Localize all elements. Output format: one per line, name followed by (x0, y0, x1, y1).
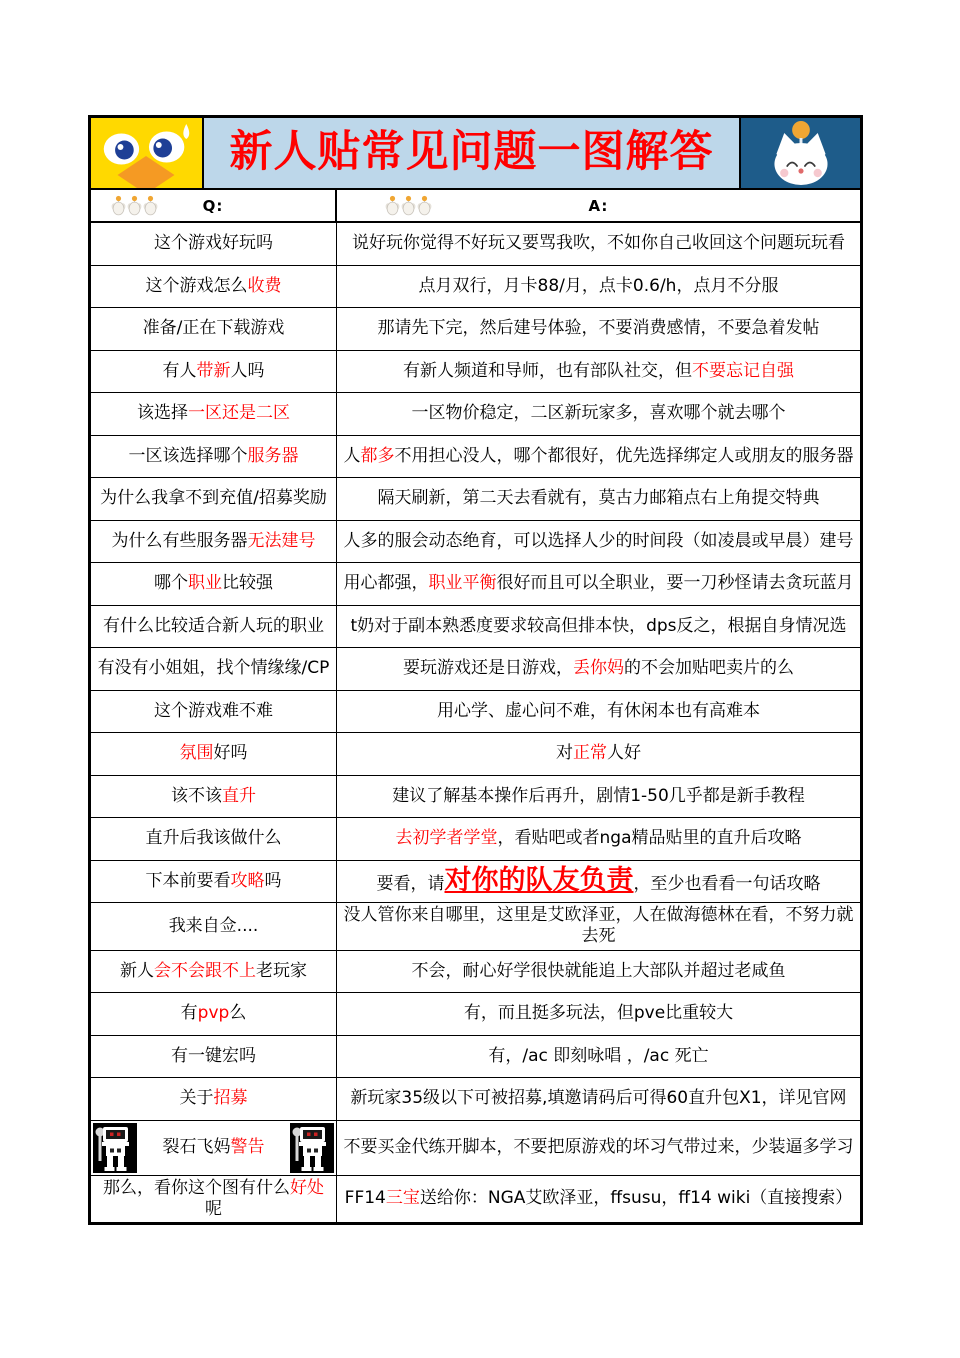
question-cell: 有没有小姐姐，找个情缘缘/CP (91, 648, 337, 690)
faq-row: 这个游戏怎么收费点月双行，月卡88/月，点卡0.6/h，点月不分服 (91, 266, 860, 309)
text: 有新人频道和导师，也有部队社交，但 (403, 361, 692, 381)
text: 人 (344, 446, 361, 466)
text: 送给你：NGA艾欧泽亚，ffsusu，ff14 wiki（直接搜索） (420, 1188, 852, 1208)
highlight-text: 无法建号 (248, 531, 316, 551)
text: 那么，看你这个图有什么 (103, 1178, 290, 1198)
question-cell: 直升后我该做什么 (91, 818, 337, 860)
moogle-icon (739, 118, 860, 188)
answer-cell: t奶对于副本熟悉度要求较高但排本快，dps反之，根据自身情况选 (337, 606, 860, 648)
highlight-text: 直升 (222, 786, 256, 806)
text: 人多的服会动态绝育，可以选择人少的时间段（如凌晨或早晨）建号 (344, 531, 854, 551)
question-cell: 这个游戏怎么收费 (91, 266, 337, 308)
highlight-text: 攻略 (231, 871, 265, 891)
answer-cell: 人多的服会动态绝育，可以选择人少的时间段（如凌晨或早晨）建号 (337, 521, 860, 563)
question-cell: 新人会不会跟不上老玩家 (91, 951, 337, 993)
text: 人吗 (231, 361, 265, 381)
faq-row: 氛围好吗对正常人好 (91, 733, 860, 776)
faq-row: 有人带新人吗有新人频道和导师，也有部队社交，但不要忘记自强 (91, 351, 860, 394)
answer-cell: 要玩游戏还是日游戏，丢你妈的不会加贴吧卖片的么 (337, 648, 860, 690)
q-header-cell: Q: (91, 190, 337, 221)
answer-cell: 人都多不用担心没人，哪个都很好，优先选择绑定人或朋友的服务器 (337, 436, 860, 478)
text: 为什么有些服务器 (112, 531, 248, 551)
highlight-text: 正常 (573, 743, 607, 763)
highlight-text: 三宝 (386, 1188, 420, 1208)
faq-row: 我来自佥....没人管你来自哪里，这里是艾欧泽亚，人在做海德林在看，不努力就去死 (91, 903, 860, 951)
highlight-text: 职业 (188, 573, 222, 593)
answer-text: 用心都强，职业平衡很好而且可以全职业，要一刀秒怪请去贪玩蓝月 (344, 573, 854, 594)
answer-text: 点月双行，月卡88/月，点卡0.6/h，点月不分服 (419, 276, 779, 297)
text: 新玩家35级以下可被招募,填邀请码后可得60直升包X1，详见官网 (350, 1088, 846, 1108)
faq-row: 有pvp么有，而且挺多玩法，但pve比重较大 (91, 993, 860, 1036)
question-cell: 氛围好吗 (91, 733, 337, 775)
faq-row: 直升后我该做什么去初学者学堂，看贴吧或者nga精品贴里的直升后攻略 (91, 818, 860, 861)
faq-row: 为什么我拿不到充值/招募奖励隔天刷新，第二天去看就有，莫古力邮箱点右上角提交特典 (91, 478, 860, 521)
text: 有人 (163, 361, 197, 381)
highlight-text: 都多 (361, 446, 395, 466)
question-cell: 为什么有些服务器无法建号 (91, 521, 337, 563)
q-label: Q: (203, 197, 224, 215)
text: 人好 (607, 743, 641, 763)
text: ，看贴吧或者nga精品贴里的直升后攻略 (498, 828, 802, 848)
moogle-mini-icons (385, 195, 432, 216)
text: FF14 (345, 1188, 386, 1208)
highlight-text: 一区还是二区 (188, 403, 290, 423)
answer-text: 人都多不用担心没人，哪个都很好，优先选择绑定人或朋友的服务器 (344, 446, 854, 467)
faq-row: 这个游戏好玩吗说好玩你觉得不好玩又要骂我吹，不如你自己收回这个问题玩玩看 (91, 223, 860, 266)
text: 要玩游戏还是日游戏， (403, 658, 573, 678)
text: 有，/ac 即刻咏唱 ，/ac 死亡 (488, 1046, 708, 1066)
answer-cell: 新玩家35级以下可被招募,填邀请码后可得60直升包X1，详见官网 (337, 1078, 860, 1120)
answer-text: 对正常人好 (556, 743, 641, 764)
faq-rows: 这个游戏好玩吗说好玩你觉得不好玩又要骂我吹，不如你自己收回这个问题玩玩看这个游戏… (91, 223, 860, 1222)
text: 裂石飞妈 (163, 1137, 231, 1157)
moogle-mini-icon (143, 195, 158, 216)
faq-table: 新人贴常见问题一图解答 (88, 115, 863, 1225)
text: 该选择 (137, 403, 188, 423)
question-text: 氛围好吗 (180, 743, 248, 764)
faq-row: 关于招募新玩家35级以下可被招募,填邀请码后可得60直升包X1，详见官网 (91, 1078, 860, 1121)
text: 有没有小姐姐，找个情缘缘/CP (98, 658, 330, 678)
text: 一区该选择哪个 (129, 446, 248, 466)
question-text: 该不该直升 (171, 786, 256, 807)
faq-row: 有一键宏吗有，/ac 即刻咏唱 ，/ac 死亡 (91, 1036, 860, 1079)
answer-text: 有新人频道和导师，也有部队社交，但不要忘记自强 (403, 361, 794, 382)
banner-row: 新人贴常见问题一图解答 (91, 118, 860, 190)
answer-cell: 一区物价稳定，二区新玩家多，喜欢哪个就去哪个 (337, 393, 860, 435)
text: 吗 (265, 871, 282, 891)
answer-text: 人多的服会动态绝育，可以选择人少的时间段（如凌晨或早晨）建号 (344, 531, 854, 552)
question-text: 哪个职业比较强 (154, 573, 273, 594)
text: 不用担心没人，哪个都很好，优先选择绑定人或朋友的服务器 (395, 446, 854, 466)
question-text: 准备/正在下载游戏 (143, 318, 285, 339)
answer-text: 新玩家35级以下可被招募,填邀请码后可得60直升包X1，详见官网 (350, 1088, 846, 1109)
highlight-text: 丢你妈 (573, 658, 624, 678)
answer-cell: 那请先下完，然后建号体验，不要消费感情，不要急着发帖 (337, 308, 860, 350)
answer-text: 没人管你来自哪里，这里是艾欧泽亚，人在做海德林在看，不努力就去死 (343, 905, 854, 948)
question-cell: 我来自佥.... (91, 903, 337, 950)
text: 这个游戏难不难 (154, 701, 273, 721)
faq-row: 有什么比较适合新人玩的职业t奶对于副本熟悉度要求较高但排本快，dps反之，根据自… (91, 606, 860, 649)
highlight-text: 去初学者学堂 (396, 828, 498, 848)
answer-text: FF14三宝送给你：NGA艾欧泽亚，ffsusu，ff14 wiki（直接搜索） (345, 1188, 853, 1209)
question-text: 我来自佥.... (169, 916, 259, 937)
faq-row: 一区该选择哪个服务器人都多不用担心没人，哪个都很好，优先选择绑定人或朋友的服务器 (91, 436, 860, 479)
question-text: 下本前要看攻略吗 (146, 871, 282, 892)
question-cell: 裂石飞妈警告 (91, 1121, 337, 1175)
text: 这个游戏好玩吗 (154, 233, 273, 253)
text: 好吗 (214, 743, 248, 763)
faq-row: 这个游戏难不难用心学、虚心问不难，有休闲本也有高难本 (91, 691, 860, 734)
text: 要看，请 (377, 874, 445, 894)
magitek-robot-icon (93, 1123, 137, 1173)
answer-text: 要玩游戏还是日游戏，丢你妈的不会加贴吧卖片的么 (403, 658, 794, 679)
answer-text: 用心学、虚心问不难，有休闲本也有高难本 (437, 701, 760, 722)
faq-row: 新人会不会跟不上老玩家不会，耐心好学很快就能追上大部队并超过老咸鱼 (91, 951, 860, 994)
text: 哪个 (154, 573, 188, 593)
text: 直升后我该做什么 (146, 828, 282, 848)
answer-text: 说好玩你觉得不好玩又要骂我吹，不如你自己收回这个问题玩玩看 (352, 233, 845, 254)
question-cell: 这个游戏难不难 (91, 691, 337, 733)
text: 该不该 (171, 786, 222, 806)
text: 没人管你来自哪里，这里是艾欧泽亚，人在做海德林在看，不努力就去死 (344, 905, 854, 946)
text: ，至少也看看一句话攻略 (634, 874, 821, 894)
text: 有一键宏吗 (171, 1046, 256, 1066)
answer-cell: FF14三宝送给你：NGA艾欧泽亚，ffsusu，ff14 wiki（直接搜索） (337, 1176, 860, 1223)
text: 准备/正在下载游戏 (143, 318, 285, 338)
question-cell: 那么，看你这个图有什么好处呢 (91, 1176, 337, 1223)
answer-cell: 没人管你来自哪里，这里是艾欧泽亚，人在做海德林在看，不努力就去死 (337, 903, 860, 950)
text: 点月双行，月卡88/月，点卡0.6/h，点月不分服 (419, 276, 779, 296)
question-text: 该选择一区还是二区 (137, 403, 290, 424)
question-cell: 该不该直升 (91, 776, 337, 818)
text: t奶对于副本熟悉度要求较高但排本快，dps反之，根据自身情况选 (350, 616, 846, 636)
answer-cell: 用心都强，职业平衡很好而且可以全职业，要一刀秒怪请去贪玩蓝月 (337, 563, 860, 605)
question-cell: 有pvp么 (91, 993, 337, 1035)
question-text: 有什么比较适合新人玩的职业 (103, 616, 324, 637)
answer-cell: 隔天刷新，第二天去看就有，莫古力邮箱点右上角提交特典 (337, 478, 860, 520)
answer-text: 那请先下完，然后建号体验，不要消费感情，不要急着发帖 (378, 318, 820, 339)
faq-row: 哪个职业比较强用心都强，职业平衡很好而且可以全职业，要一刀秒怪请去贪玩蓝月 (91, 563, 860, 606)
answer-cell: 不要买金代练开脚本，不要把原游戏的坏习气带过来，少装逼多学习 (337, 1121, 860, 1175)
text: 用心都强， (344, 573, 429, 593)
text: 有什么比较适合新人玩的职业 (103, 616, 324, 636)
text: 一区物价稳定，二区新玩家多，喜欢哪个就去哪个 (412, 403, 786, 423)
highlight-text: 带新 (197, 361, 231, 381)
answer-cell: 点月双行，月卡88/月，点卡0.6/h，点月不分服 (337, 266, 860, 308)
moogle-mini-icon (401, 195, 416, 216)
text: 老玩家 (256, 961, 307, 981)
highlight-text: pvp (198, 1003, 230, 1023)
question-text: 有人带新人吗 (163, 361, 265, 382)
moogle-mini-icon (385, 195, 400, 216)
text: 不会，耐心好学很快就能追上大部队并超过老咸鱼 (412, 961, 786, 981)
moogle-mini-icons (111, 195, 158, 216)
text: 我来自佥.... (169, 916, 259, 936)
moogle-mini-icon (127, 195, 142, 216)
question-cell: 这个游戏好玩吗 (91, 223, 337, 265)
question-text: 有pvp么 (181, 1003, 247, 1024)
faq-row: 该选择一区还是二区一区物价稳定，二区新玩家多，喜欢哪个就去哪个 (91, 393, 860, 436)
question-text: 为什么有些服务器无法建号 (112, 531, 316, 552)
question-text: 有一键宏吗 (171, 1046, 256, 1067)
answer-cell: 建议了解基本操作后再升，剧情1-50几乎都是新手教程 (337, 776, 860, 818)
text: 建议了解基本操作后再升，剧情1-50几乎都是新手教程 (392, 786, 805, 806)
question-text: 关于招募 (180, 1088, 248, 1109)
question-cell: 该选择一区还是二区 (91, 393, 337, 435)
faq-row: 为什么有些服务器无法建号人多的服会动态绝育，可以选择人少的时间段（如凌晨或早晨）… (91, 521, 860, 564)
text: 新人 (120, 961, 154, 981)
question-text: 那么，看你这个图有什么好处呢 (97, 1178, 330, 1221)
answer-text: t奶对于副本熟悉度要求较高但排本快，dps反之，根据自身情况选 (350, 616, 846, 637)
question-cell: 下本前要看攻略吗 (91, 861, 337, 903)
question-cell: 一区该选择哪个服务器 (91, 436, 337, 478)
answer-text: 不要买金代练开脚本，不要把原游戏的坏习气带过来，少装逼多学习 (344, 1137, 854, 1158)
question-text: 这个游戏怎么收费 (146, 276, 282, 297)
text: 有，而且挺多玩法，但pve比重较大 (464, 1003, 733, 1023)
text: 的不会加贴吧卖片的么 (624, 658, 794, 678)
faq-row: 那么，看你这个图有什么好处呢FF14三宝送给你：NGA艾欧泽亚，ffsusu，f… (91, 1176, 860, 1223)
answer-text: 建议了解基本操作后再升，剧情1-50几乎都是新手教程 (392, 786, 805, 807)
chocobo-chick-icon (91, 118, 204, 188)
text: 对 (556, 743, 573, 763)
text: 有 (181, 1003, 198, 1023)
text: 隔天刷新，第二天去看就有，莫古力邮箱点右上角提交特典 (378, 488, 820, 508)
highlight-text: 招募 (214, 1088, 248, 1108)
text: 关于 (180, 1088, 214, 1108)
question-text: 为什么我拿不到充值/招募奖励 (100, 488, 327, 509)
question-cell: 有一键宏吗 (91, 1036, 337, 1078)
question-cell: 准备/正在下载游戏 (91, 308, 337, 350)
header-banner: 新人贴常见问题一图解答 (204, 118, 739, 188)
text: 说好玩你觉得不好玩又要骂我吹，不如你自己收回这个问题玩玩看 (352, 233, 845, 253)
text: 么 (229, 1003, 246, 1023)
question-cell: 关于招募 (91, 1078, 337, 1120)
text: 下本前要看 (146, 871, 231, 891)
text: 这个游戏怎么 (146, 276, 248, 296)
moogle-mini-icon (417, 195, 432, 216)
a-header-cell: A: (337, 190, 860, 221)
question-text: 裂石飞妈警告 (163, 1137, 265, 1158)
faq-row: 裂石飞妈警告 不要买金代练开脚本，不要把原游戏的坏习气带过来，少装逼多学习 (91, 1121, 860, 1176)
faq-row: 有没有小姐姐，找个情缘缘/CP要玩游戏还是日游戏，丢你妈的不会加贴吧卖片的么 (91, 648, 860, 691)
answer-cell: 去初学者学堂，看贴吧或者nga精品贴里的直升后攻略 (337, 818, 860, 860)
question-text: 直升后我该做什么 (146, 828, 282, 849)
answer-cell: 有，而且挺多玩法，但pve比重较大 (337, 993, 860, 1035)
answer-text: 去初学者学堂，看贴吧或者nga精品贴里的直升后攻略 (396, 828, 802, 849)
question-text: 一区该选择哪个服务器 (129, 446, 299, 467)
question-cell: 为什么我拿不到充值/招募奖励 (91, 478, 337, 520)
highlight-text: 警告 (231, 1137, 265, 1157)
answer-cell: 有，/ac 即刻咏唱 ，/ac 死亡 (337, 1036, 860, 1078)
answer-cell: 用心学、虚心问不难，有休闲本也有高难本 (337, 691, 860, 733)
highlight-text: 好处 (290, 1178, 324, 1198)
text: 很好而且可以全职业，要一刀秒怪请去贪玩蓝月 (497, 573, 854, 593)
answer-cell: 对正常人好 (337, 733, 860, 775)
text: 那请先下完，然后建号体验，不要消费感情，不要急着发帖 (378, 318, 820, 338)
question-cell: 有人带新人吗 (91, 351, 337, 393)
moogle-mini-icon (111, 195, 126, 216)
answer-cell: 要看，请对你的队友负责，至少也看看一句话攻略 (337, 861, 860, 903)
question-cell: 有什么比较适合新人玩的职业 (91, 606, 337, 648)
question-text: 有没有小姐姐，找个情缘缘/CP (98, 658, 330, 679)
answer-text: 隔天刷新，第二天去看就有，莫古力邮箱点右上角提交特典 (378, 488, 820, 509)
highlight-text: 不要忘记自强 (692, 361, 794, 381)
text: 呢 (205, 1199, 222, 1219)
question-text: 新人会不会跟不上老玩家 (120, 961, 307, 982)
question-cell: 哪个职业比较强 (91, 563, 337, 605)
highlight-text: 收费 (248, 276, 282, 296)
highlight-text: 职业平衡 (429, 573, 497, 593)
highlight-text: 服务器 (248, 446, 299, 466)
answer-text: 不会，耐心好学很快就能追上大部队并超过老咸鱼 (412, 961, 786, 982)
answer-text: 有，/ac 即刻咏唱 ，/ac 死亡 (488, 1046, 708, 1067)
answer-text: 有，而且挺多玩法，但pve比重较大 (464, 1003, 733, 1024)
text: 为什么我拿不到充值/招募奖励 (100, 488, 327, 508)
text: 不要买金代练开脚本，不要把原游戏的坏习气带过来，少装逼多学习 (344, 1137, 854, 1157)
a-label: A: (589, 197, 609, 215)
answer-cell: 有新人频道和导师，也有部队社交，但不要忘记自强 (337, 351, 860, 393)
highlight-text: 会不会跟不上 (154, 961, 256, 981)
qa-header-row: Q: A: (91, 190, 860, 223)
question-text: 这个游戏好玩吗 (154, 233, 273, 254)
answer-cell: 不会，耐心好学很快就能追上大部队并超过老咸鱼 (337, 951, 860, 993)
question-text: 这个游戏难不难 (154, 701, 273, 722)
text: 比较强 (222, 573, 273, 593)
faq-row: 该不该直升建议了解基本操作后再升，剧情1-50几乎都是新手教程 (91, 776, 860, 819)
magitek-robot-icon (290, 1123, 334, 1173)
highlight-text: 对你的队友负责 (445, 865, 634, 896)
answer-text: 一区物价稳定，二区新玩家多，喜欢哪个就去哪个 (412, 403, 786, 424)
highlight-text: 氛围 (180, 743, 214, 763)
faq-row: 准备/正在下载游戏那请先下完，然后建号体验，不要消费感情，不要急着发帖 (91, 308, 860, 351)
text: 用心学、虚心问不难，有休闲本也有高难本 (437, 701, 760, 721)
page-title: 新人贴常见问题一图解答 (230, 131, 714, 176)
faq-row: 下本前要看攻略吗要看，请对你的队友负责，至少也看看一句话攻略 (91, 861, 860, 904)
answer-text: 要看，请对你的队友负责，至少也看看一句话攻略 (377, 864, 821, 898)
answer-cell: 说好玩你觉得不好玩又要骂我吹，不如你自己收回这个问题玩玩看 (337, 223, 860, 265)
